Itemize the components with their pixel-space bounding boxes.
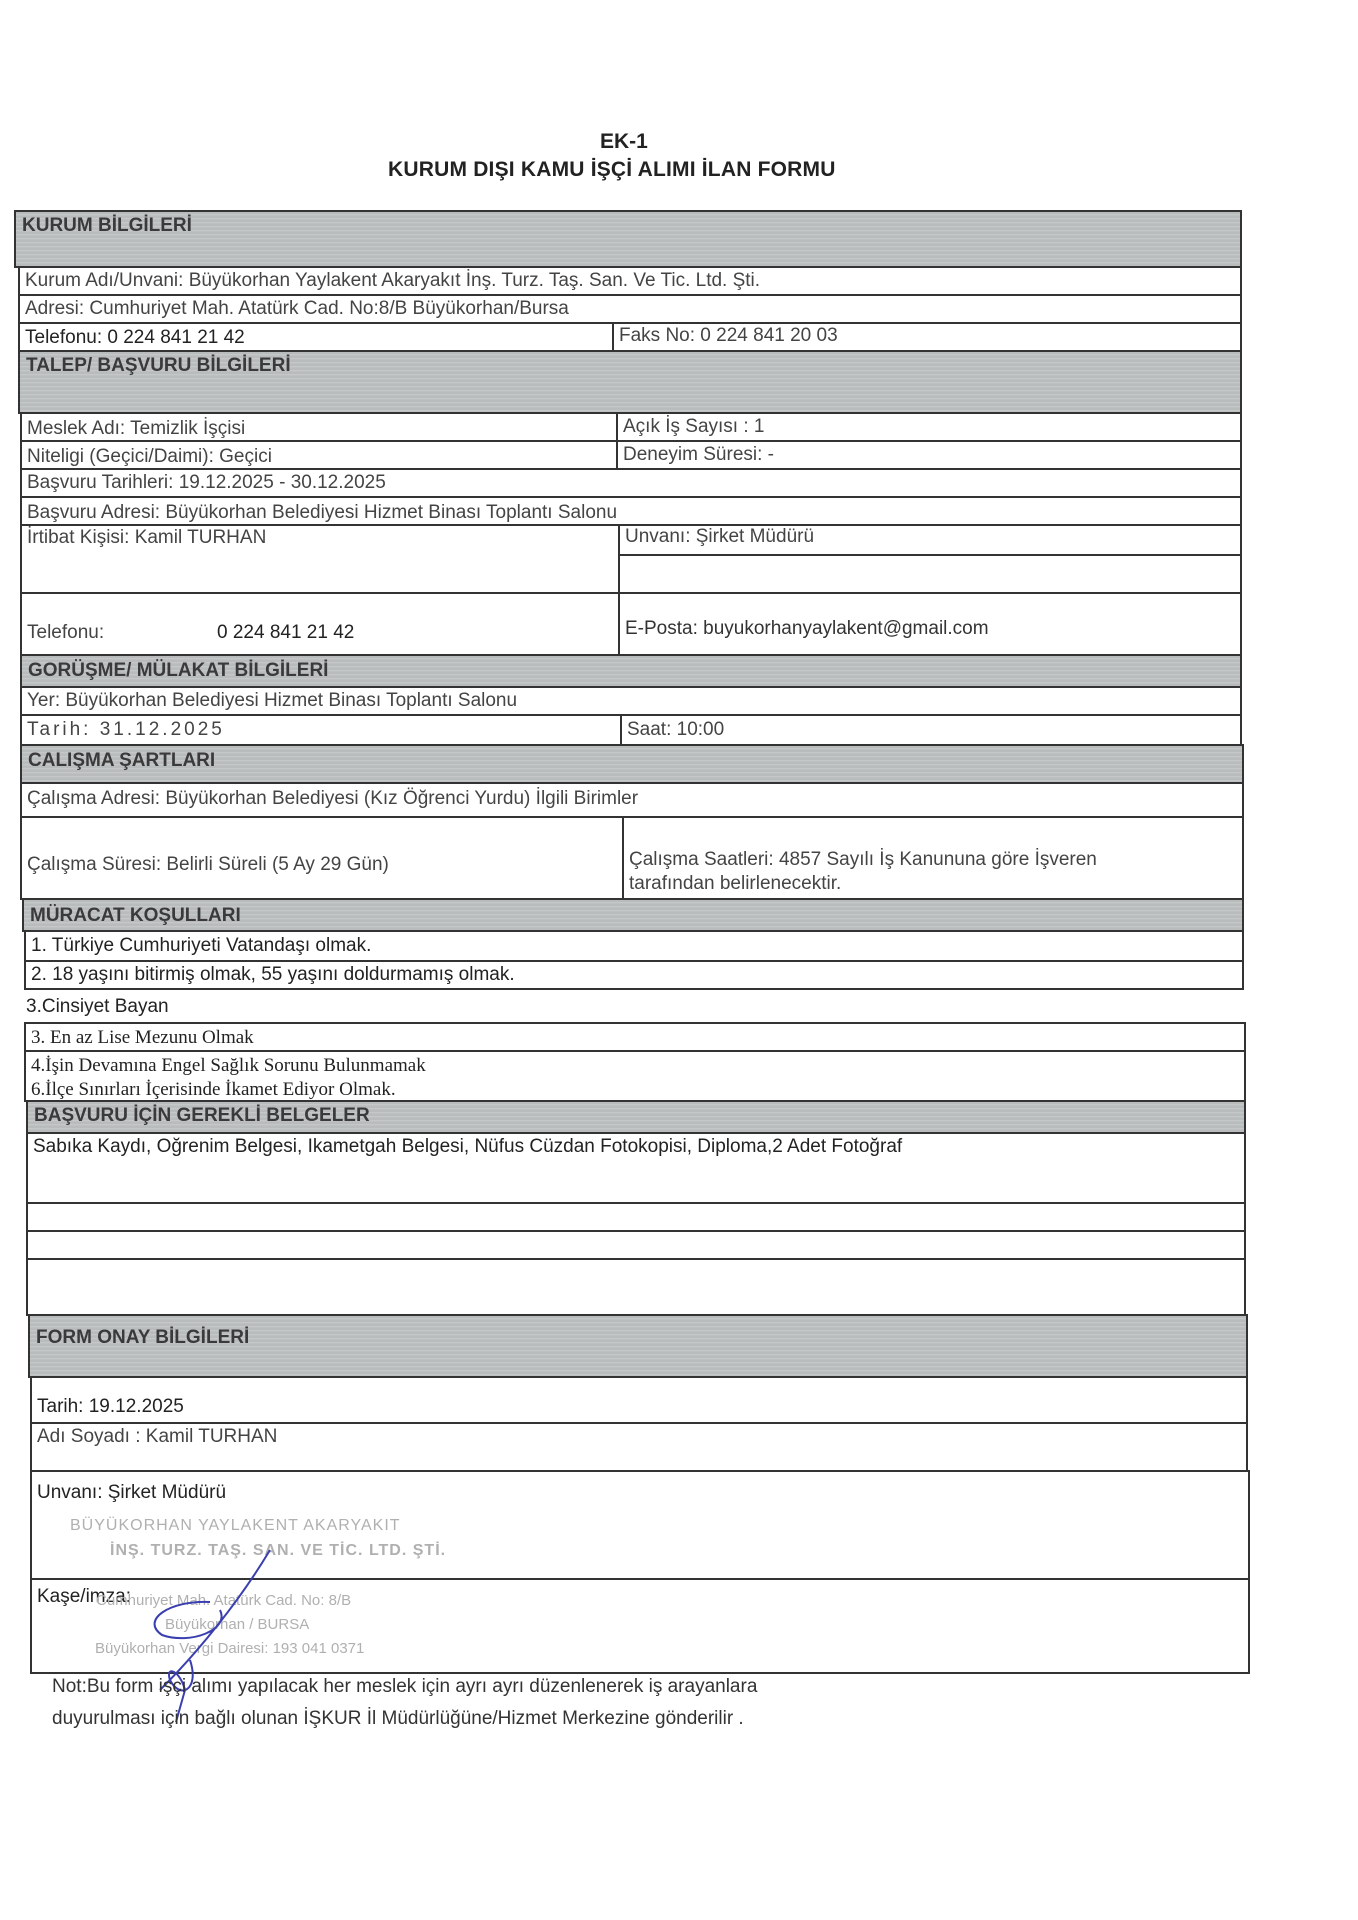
nitelik: Niteligi (Geçici/Daimi): Geçici (20, 440, 618, 470)
kurum-name: Kurum Adı/Unvani: Büyükorhan Yaylakent A… (18, 266, 1242, 296)
muracat-item-4: 3. En az Lise Mezunu Olmak (24, 1022, 1246, 1052)
annex-label: EK-1 (600, 130, 648, 154)
onay-adi-soyadi: Adı Soyadı : Kamil TURHAN (30, 1422, 1248, 1472)
section-kurum-header: KURUM BİLGİLERİ (14, 210, 1242, 268)
empty-row-3 (26, 1258, 1246, 1316)
muracat-item-5: 4.İşin Devamına Engel Sağlık Sorunu Bulu… (31, 1054, 1244, 1078)
calisma-saatleri-line2: tarafından belirlenecektir. (629, 872, 1242, 896)
signature-icon (80, 1540, 340, 1730)
section-muracat-header: MÜRACAT KOŞULLARI (22, 898, 1244, 932)
stamp-line-1: BÜYÜKORHAN YAYLAKENT AKARYAKIT (70, 1517, 401, 1535)
meslek-adi: Meslek Adı: Temizlik İşçisi (20, 412, 618, 442)
acik-is-sayisi: Açık İş Sayısı : 1 (616, 412, 1242, 442)
section-gorusme-header: GORÜŞME/ MÜLAKAT BİLGİLERİ (20, 654, 1242, 688)
footer-note-line-1: Not:Bu form işçi alımı yapılacak her mes… (52, 1676, 757, 1698)
irtibat-eposta: E-Posta: buyukorhanyaylakent@gmail.com (618, 592, 1242, 656)
irtibat-telefon-value: 0 224 841 21 42 (217, 622, 354, 643)
kurum-phone: Telefonu: 0 224 841 21 42 (18, 322, 614, 352)
irtibat-kisisi: İrtibat Kişisi: Kamil TURHAN (20, 524, 620, 594)
muracat-item-1: 1. Türkiye Cumhuriyeti Vatandaşı olmak. (24, 930, 1244, 962)
form-title: KURUM DIŞI KAMU İŞÇİ ALIMI İLAN FORMU (388, 158, 836, 182)
footer-note-line-2: duyurulması için bağlı olunan İŞKUR İl M… (52, 1708, 744, 1730)
kurum-address: Adresi: Cumhuriyet Mah. Atatürk Cad. No:… (18, 294, 1242, 324)
muracat-item-2: 2. 18 yaşını bitirmiş olmak, 55 yaşını d… (24, 960, 1244, 990)
section-onay-header: FORM ONAY BİLGİLERİ (28, 1314, 1248, 1378)
calisma-saatleri: Çalışma Saatleri: 4857 Sayılı İş Kanunun… (622, 816, 1244, 900)
empty-row-1 (26, 1202, 1246, 1232)
irtibat-unvan: Unvanı: Şirket Müdürü (618, 524, 1242, 556)
calisma-adresi: Çalışma Adresi: Büyükorhan Belediyesi (K… (20, 782, 1244, 818)
irtibat-telefon-cell: Telefonu:0 224 841 21 42 (20, 592, 620, 656)
deneyim-suresi: Deneyim Süresi: - (616, 440, 1242, 470)
empty-cell (618, 554, 1242, 594)
section-talep-header: TALEP/ BAŞVURU BİLGİLERİ (18, 350, 1242, 414)
section-belgeler-header: BAŞVURU İÇİN GEREKLİ BELGELER (26, 1100, 1246, 1134)
muracat-items-5-6: 4.İşin Devamına Engel Sağlık Sorunu Bulu… (24, 1050, 1246, 1102)
belgeler-list: Sabıka Kaydı, Oğrenim Belgesi, Ikametgah… (26, 1132, 1246, 1204)
basvuru-tarihleri: Başvuru Tarihleri: 19.12.2025 - 30.12.20… (20, 468, 1242, 498)
gorusme-yer: Yer: Büyükorhan Belediyesi Hizmet Binası… (20, 686, 1242, 716)
empty-row-2 (26, 1230, 1246, 1260)
muracat-item-6: 6.İlçe Sınırları İçerisinde İkamet Ediyo… (31, 1078, 1244, 1102)
kurum-fax: Faks No: 0 224 841 20 03 (612, 322, 1242, 352)
irtibat-telefon-label: Telefonu: (27, 622, 217, 644)
calisma-suresi: Çalışma Süresi: Belirli Süreli (5 Ay 29 … (20, 816, 624, 900)
basvuru-adresi: Başvuru Adresi: Büyükorhan Belediyesi Hi… (20, 496, 1242, 526)
calisma-saatleri-line1: Çalışma Saatleri: 4857 Sayılı İş Kanunun… (629, 848, 1242, 872)
gorusme-saat: Saat: 10:00 (620, 714, 1242, 746)
muracat-item-3: 3.Cinsiyet Bayan (26, 996, 169, 1018)
onay-tarih: Tarih: 19.12.2025 (30, 1376, 1248, 1424)
gorusme-tarih: Tarih: 31.12.2025 (20, 714, 622, 746)
section-calisma-header: CALIŞMA ŞARTLARI (20, 744, 1244, 784)
